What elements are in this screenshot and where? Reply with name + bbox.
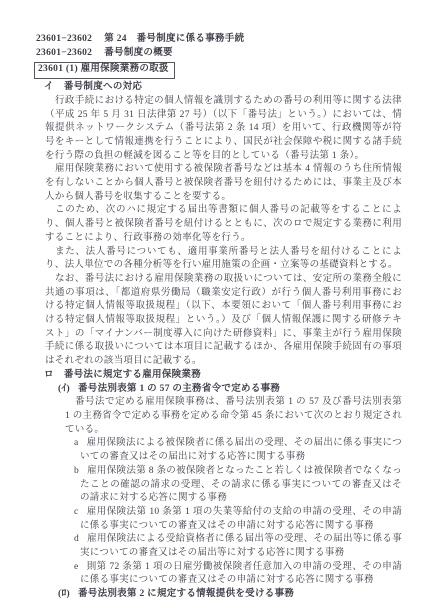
- paragraph: なお、番号法における雇用保険業務の取扱いについては、安定所の業務全般に共通の事項…: [45, 273, 402, 369]
- section-heading-ro: ロ番号法に規定する雇用保険業務: [44, 369, 402, 383]
- subsection-title: 番号法別表第 1 の 57 の主務省令で定める事務: [78, 384, 280, 394]
- header-line-2: 23601−23602 番号制度の概要: [36, 47, 402, 61]
- item-text: 雇用保険法第 8 条の被保険者となったこと若しくは被保険者でなくなったことの確認…: [80, 466, 402, 503]
- paragraph: また、法人番号についても、適用事業所番号と法人番号を紐付けることにより、法人単位…: [45, 246, 402, 273]
- document-page: 23601−23602 第 24 番号制度に係る事務手続 23601−23602…: [0, 0, 431, 608]
- doc-code: 23601−23602: [36, 33, 92, 47]
- paragraph: 番号法で定める雇用保険事務は、番号法別表第 1 の 57 及び番号法別表第 1 …: [65, 396, 402, 437]
- doc-title: 番号制度の概要: [104, 47, 173, 61]
- item-marker: d: [74, 534, 79, 544]
- subsection-heading-i: (ｲ)番号法別表第 1 の 57 の主務省令で定める事務: [58, 383, 402, 397]
- item-marker: e: [74, 562, 79, 572]
- section-title: 番号制度への対応: [64, 82, 142, 92]
- paragraph: 雇用保険業務において使用する被保険者番号などは基本 4 情報のうち住所情報を有し…: [45, 163, 402, 204]
- section-marker: イ: [44, 82, 54, 92]
- item-text: 則第 72 条第 1 項の日雇労働被保険者任意加入の申請の受理、その申請に係る事…: [80, 562, 402, 586]
- list-item: a雇用保険法による被保険者に係る届出の受理、その届出に係る事実についての審査又は…: [80, 437, 402, 464]
- subsection-marker: (ｲ): [58, 384, 70, 394]
- item-text: 雇用保険法による被保険者に係る届出の受理、その届出に係る事実についての審査又はそ…: [80, 438, 402, 462]
- list-item: b雇用保険法第 8 条の被保険者となったこと若しくは被保険者でなくなったことの確…: [80, 465, 402, 506]
- paragraph: 行政手続における特定の個人情報を識別するための番号の利用等に関する法律（平成 2…: [45, 95, 402, 164]
- item-text: 雇用保険法第 10 条第 1 項の失業等給付の支給の申請の受理、その申請に係る事…: [80, 507, 402, 531]
- boxed-title-row: 23601 (1) 雇用保険業務の取扱: [36, 60, 402, 81]
- boxed-section-title: 23601 (1) 雇用保険業務の取扱: [34, 62, 175, 79]
- list-item: d雇用保険法による受給資格者に係る届出等の受理、その届出等に係る事実についての審…: [80, 533, 402, 560]
- section-marker: ロ: [44, 370, 54, 380]
- paragraph: このため、次のハに規定する届出等書類に個人番号の記載等をすることにより、個人番号…: [45, 204, 402, 245]
- doc-code: 23601−23602: [36, 47, 92, 61]
- subsection-marker: (ﾛ): [58, 589, 70, 599]
- item-marker: c: [74, 507, 79, 517]
- section-title: 番号法に規定する雇用保険業務: [64, 370, 201, 380]
- item-marker: a: [74, 438, 79, 448]
- list-item: e則第 72 条第 1 項の日雇労働被保険者任意加入の申請の受理、その申請に係る…: [80, 561, 402, 588]
- subsection-heading-ro: (ﾛ)番号法別表第 2 に規定する情報提供を受ける事務: [58, 588, 402, 602]
- item-marker: b: [74, 466, 79, 476]
- doc-title: 第 24 番号制度に係る事務手続: [104, 33, 244, 47]
- header-line-1: 23601−23602 第 24 番号制度に係る事務手続: [36, 33, 402, 47]
- subsection-title: 番号法別表第 2 に規定する情報提供を受ける事務: [78, 589, 294, 599]
- section-heading-i: イ番号制度への対応: [44, 81, 402, 95]
- list-item: c雇用保険法第 10 条第 1 項の失業等給付の支給の申請の受理、その申請に係る…: [80, 506, 402, 533]
- item-text: 雇用保険法による受給資格者に係る届出等の受理、その届出等に係る事実についての審査…: [80, 534, 402, 558]
